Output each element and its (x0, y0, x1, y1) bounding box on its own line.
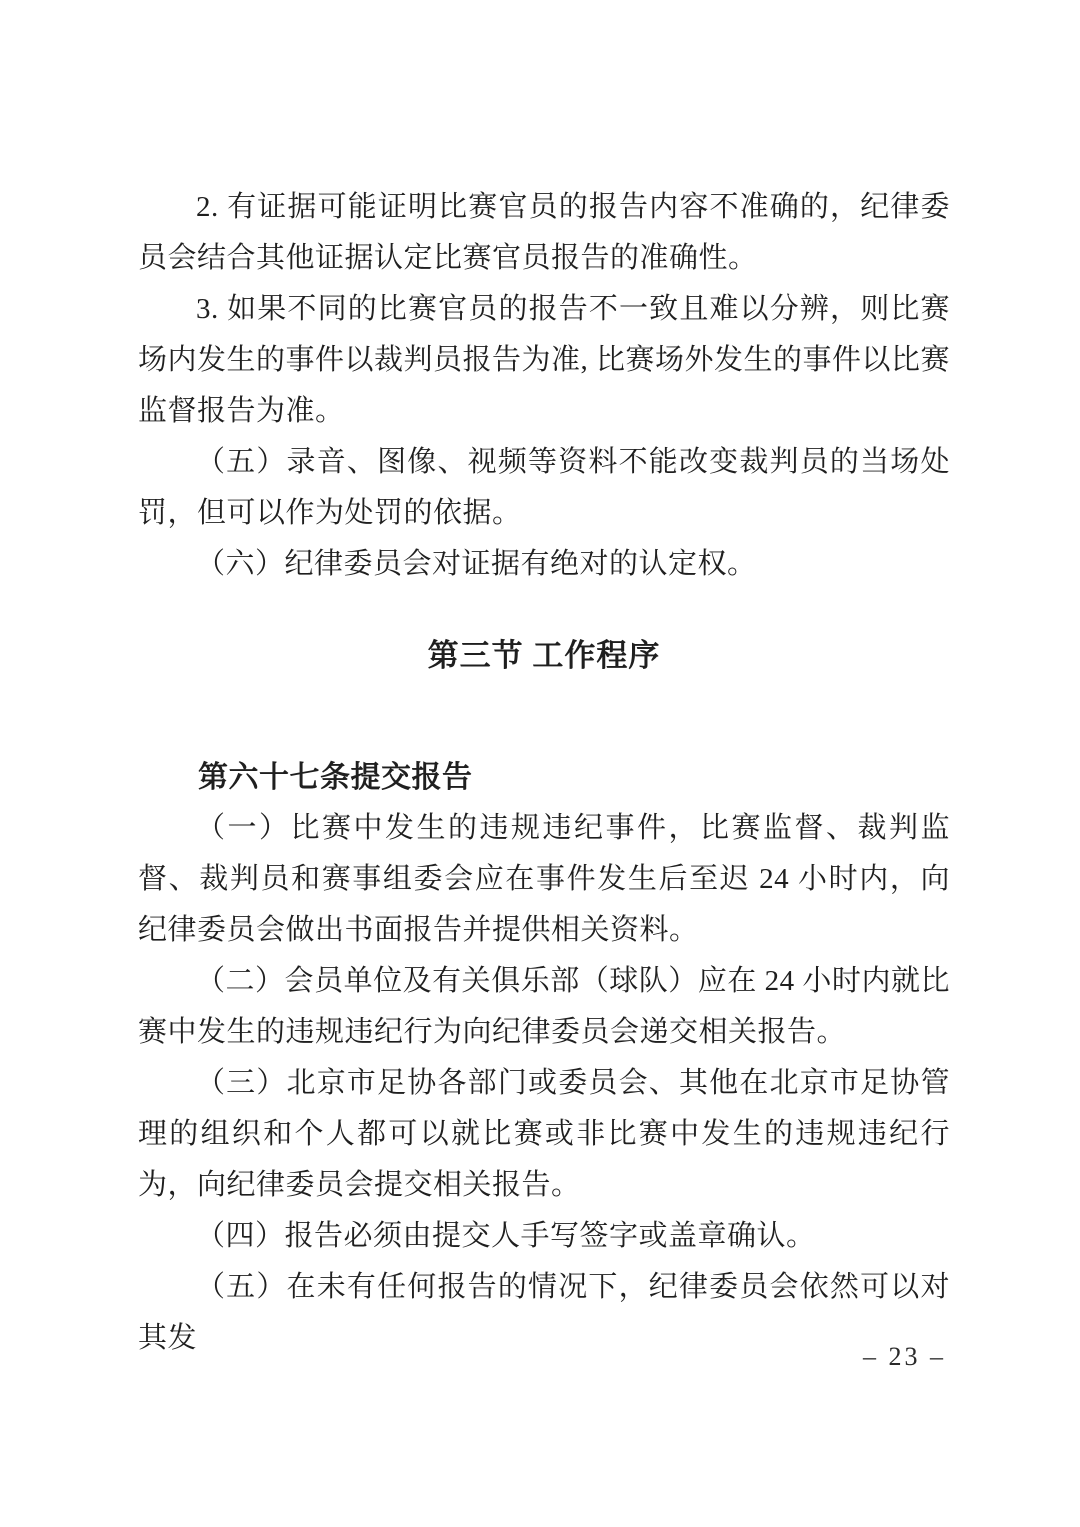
page-number: – 23 – (863, 1342, 946, 1372)
paragraph: （四）报告必须由提交人手写签字或盖章确认。 (138, 1211, 950, 1262)
paragraph: 2. 有证据可能证明比赛官员的报告内容不准确的，纪律委员会结合其他证据认定比赛官… (138, 182, 950, 284)
paragraph: （五）在未有任何报告的情况下，纪律委员会依然可以对其发 (138, 1262, 950, 1364)
paragraph: （二）会员单位及有关俱乐部（球队）应在 24 小时内就比赛中发生的违规违纪行为向… (138, 956, 950, 1058)
document-page: 2. 有证据可能证明比赛官员的报告内容不准确的，纪律委员会结合其他证据认定比赛官… (0, 0, 1080, 1527)
article-heading: 第六十七条提交报告 (138, 752, 950, 803)
paragraph: （五）录音、图像、视频等资料不能改变裁判员的当场处罚，但可以作为处罚的依据。 (138, 437, 950, 539)
paragraph: （三）北京市足协各部门或委员会、其他在北京市足协管理的组织和个人都可以就比赛或非… (138, 1058, 950, 1211)
document-body: 2. 有证据可能证明比赛官员的报告内容不准确的，纪律委员会结合其他证据认定比赛官… (138, 182, 950, 1364)
section-heading: 第三节 工作程序 (138, 636, 950, 676)
paragraph: （六）纪律委员会对证据有绝对的认定权。 (138, 539, 950, 590)
paragraph: 3. 如果不同的比赛官员的报告不一致且难以分辨，则比赛场内发生的事件以裁判员报告… (138, 284, 950, 437)
paragraph: （一）比赛中发生的违规违纪事件，比赛监督、裁判监督、裁判员和赛事组委会应在事件发… (138, 803, 950, 956)
